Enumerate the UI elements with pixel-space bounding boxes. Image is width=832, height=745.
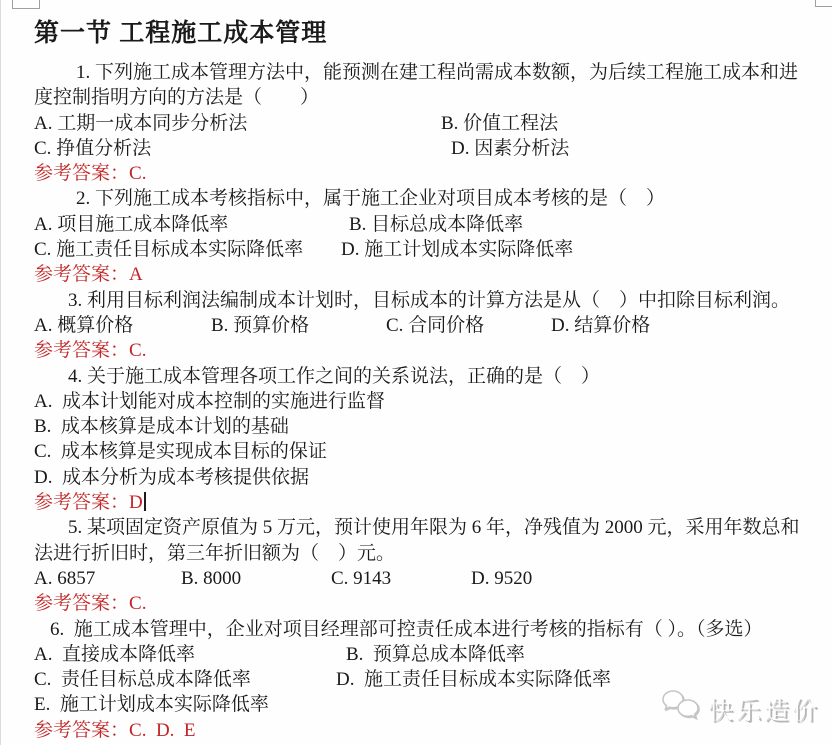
option-row: C. 施工责任目标成本实际降低率D. 施工计划成本实际降低率 — [34, 237, 814, 262]
watermark: 快乐造价 — [660, 688, 820, 729]
question-stem-line: 度控制指明方向的方法是（ ） — [34, 85, 814, 110]
option-item: C. 挣值分析法 — [34, 136, 151, 161]
option-row: D. 成本分析为成本考核提供依据 — [34, 465, 814, 490]
document-content: 第一节 工程施工成本管理 1. 下列施工成本管理方法中，能预测在建工程尚需成本数… — [34, 16, 814, 743]
option-row: A. 工期一成本同步分析法B. 价值工程法 — [34, 111, 814, 136]
option-item: A. 项目施工成本降低率 — [34, 212, 228, 237]
wechat-bubbles-icon — [660, 688, 702, 729]
option-item: A. 概算价格 — [34, 313, 133, 338]
answer-line: 参考答案：D — [34, 490, 814, 515]
question-block: 4. 关于施工成本管理各项工作之间的关系说法，正确的是（ ）A. 成本计划能对成… — [34, 364, 814, 516]
option-item: C. 责任目标总成本降低率 — [34, 667, 251, 692]
option-row: C. 成本核算是实现成本目标的保证 — [34, 439, 814, 464]
option-item: B. 8000 — [181, 566, 241, 591]
question-block: 2. 下列施工成本考核指标中，属于施工企业对项目成本考核的是（ ）A. 项目施工… — [34, 186, 814, 287]
answer-line: 参考答案：A — [34, 262, 814, 287]
option-item: D. 施工计划成本实际降低率 — [341, 237, 573, 262]
text-cursor — [144, 492, 146, 511]
option-row: A. 成本计划能对成本控制的实施进行监督 — [34, 389, 814, 414]
option-row: A. 概算价格B. 预算价格C. 合同价格D. 结算价格 — [34, 313, 814, 338]
option-item: A. 6857 — [34, 566, 95, 591]
document-page[interactable]: 第一节 工程施工成本管理 1. 下列施工成本管理方法中，能预测在建工程尚需成本数… — [0, 0, 832, 745]
option-row: B. 成本核算是成本计划的基础 — [34, 414, 814, 439]
answer-label: 参考答案： — [34, 593, 129, 614]
option-item: C. 9143 — [331, 566, 391, 591]
answer-value: C. — [129, 593, 146, 614]
option-item: C. 合同价格 — [386, 313, 484, 338]
question-stem-line: 3. 利用目标利润法编制成本计划时，目标成本的计算方法是从（ ）中扣除目标利润。 — [34, 288, 814, 313]
answer-value: C. — [129, 163, 146, 184]
option-item: B. 成本核算是成本计划的基础 — [34, 414, 289, 439]
option-item: D. 成本分析为成本考核提供依据 — [34, 465, 309, 490]
section-title: 第一节 工程施工成本管理 — [34, 16, 814, 52]
option-item: E. 施工计划成本实际降低率 — [34, 692, 269, 717]
option-item: C. 施工责任目标成本实际降低率 — [34, 237, 303, 262]
option-item: B. 预算价格 — [211, 313, 309, 338]
option-item: D. 9520 — [471, 566, 532, 591]
option-row: A. 项目施工成本降低率B. 目标总成本降低率 — [34, 212, 814, 237]
question-stem-line: 法进行折旧时，第三年折旧额为（ ）元。 — [34, 541, 814, 566]
question-stem-line: 5. 某项固定资产原值为 5 万元，预计使用年限为 6 年，净残值为 2000 … — [34, 515, 814, 540]
question-stem-line: 6. 施工成本管理中，企业对项目经理部可控责任成本进行考核的指标有（ ）。（多选… — [34, 617, 814, 642]
option-item: A. 成本计划能对成本控制的实施进行监督 — [34, 389, 385, 414]
option-row: A. 直接成本降低率B. 预算总成本降低率 — [34, 642, 814, 667]
question-block: 3. 利用目标利润法编制成本计划时，目标成本的计算方法是从（ ）中扣除目标利润。… — [34, 288, 814, 364]
option-item: B. 价值工程法 — [441, 111, 558, 136]
option-item: D. 结算价格 — [551, 313, 650, 338]
option-row: C. 挣值分析法D. 因素分析法 — [34, 136, 814, 161]
answer-label: 参考答案： — [34, 163, 129, 184]
answer-value: C. D. E — [129, 720, 196, 741]
answer-line: 参考答案：C. — [34, 161, 814, 186]
option-item: B. 预算总成本降低率 — [346, 642, 525, 667]
answer-label: 参考答案： — [34, 492, 129, 513]
margin-crop-mark-left — [12, 0, 40, 9]
option-item: A. 直接成本降低率 — [34, 642, 195, 667]
question-stem-line: 1. 下列施工成本管理方法中，能预测在建工程尚需成本数额，为后续工程施工成本和进 — [34, 60, 814, 85]
watermark-text: 快乐造价 — [708, 691, 820, 727]
option-row: A. 6857B. 8000C. 9143D. 9520 — [34, 566, 814, 591]
answer-label: 参考答案： — [34, 340, 129, 361]
answer-line: 参考答案：C. — [34, 338, 814, 363]
option-item: C. 成本核算是实现成本目标的保证 — [34, 439, 327, 464]
question-block: 1. 下列施工成本管理方法中，能预测在建工程尚需成本数额，为后续工程施工成本和进… — [34, 60, 814, 186]
question-stem-line: 4. 关于施工成本管理各项工作之间的关系说法，正确的是（ ） — [34, 364, 814, 389]
answer-label: 参考答案： — [34, 264, 129, 285]
margin-crop-mark-right — [815, 0, 832, 7]
question-block: 5. 某项固定资产原值为 5 万元，预计使用年限为 6 年，净残值为 2000 … — [34, 515, 814, 616]
question-stem-line: 2. 下列施工成本考核指标中，属于施工企业对项目成本考核的是（ ） — [34, 186, 814, 211]
answer-value: D — [129, 492, 143, 513]
answer-value: C. — [129, 340, 146, 361]
answer-line: 参考答案：C. — [34, 591, 814, 616]
answer-value: A — [129, 264, 143, 285]
option-item: D. 因素分析法 — [451, 136, 569, 161]
answer-label: 参考答案： — [34, 720, 129, 741]
option-item: B. 目标总成本降低率 — [349, 212, 523, 237]
question-list: 1. 下列施工成本管理方法中，能预测在建工程尚需成本数额，为后续工程施工成本和进… — [34, 60, 814, 743]
option-item: D. 施工责任目标成本实际降低率 — [336, 667, 611, 692]
option-item: A. 工期一成本同步分析法 — [34, 111, 247, 136]
